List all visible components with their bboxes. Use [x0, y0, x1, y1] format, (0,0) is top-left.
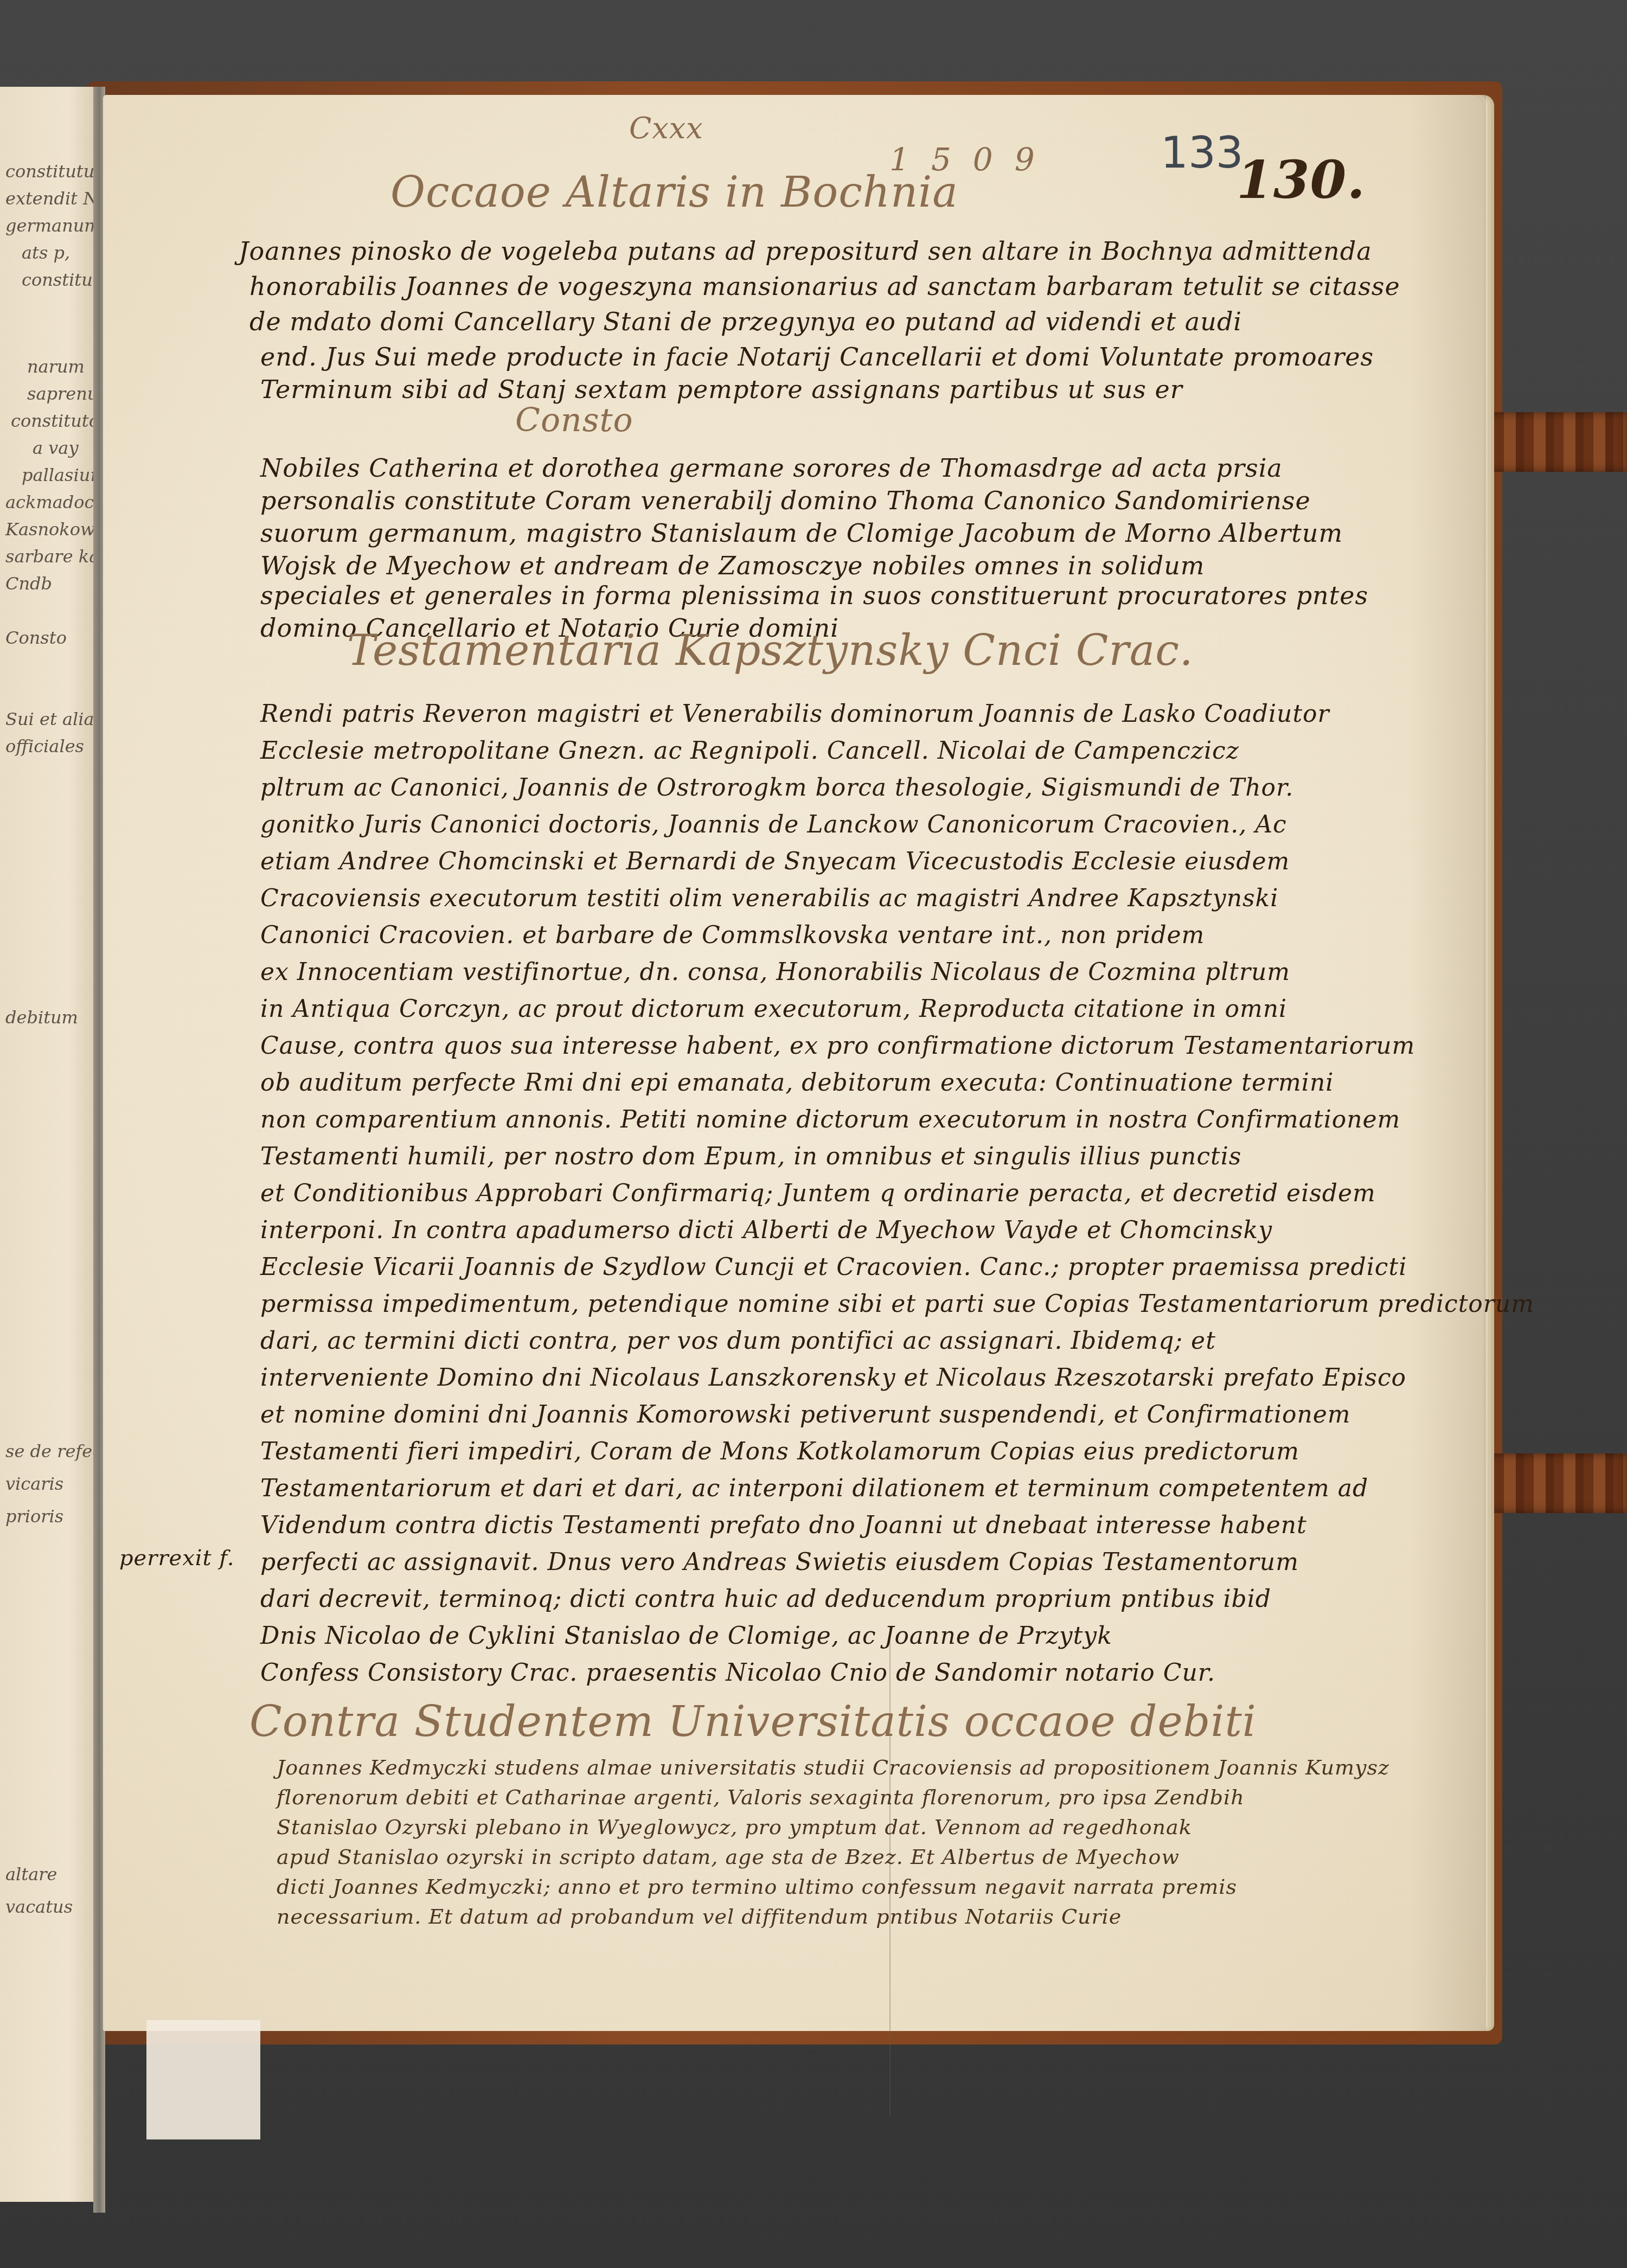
text-line: Cause, contra quos sua interesse habent,…: [260, 1034, 1415, 1058]
left-page-fragment: altare: [5, 1866, 57, 1883]
text-line: dicti Joannes Kedmyczki; anno et pro ter…: [277, 1876, 1237, 1897]
left-page-fragment: germanum: [5, 217, 98, 234]
text-line: Cracoviensis executorum testiti olim ven…: [260, 887, 1278, 911]
text-line: ex Innocentiam vestifinortue, dn. consa,…: [260, 960, 1290, 984]
text-line: Joannes Kedmyczki studens almae universi…: [277, 1757, 1389, 1778]
section-heading: Consto: [515, 401, 633, 439]
left-page-fragment: a vay: [33, 439, 78, 457]
left-page-fragment: narum: [27, 358, 85, 375]
left-page-fragment: vicaris: [5, 1475, 63, 1492]
text-line: speciales et generales in forma plenissi…: [260, 583, 1368, 608]
left-page-fragment: sarbare kapsztynska: [5, 548, 98, 565]
text-line: honorabilis Joannes de vogeszyna mansion…: [249, 274, 1400, 299]
text-line: suorum germanum, magistro Stanislaum de …: [260, 521, 1343, 546]
text-line: permissa impedimentum, petendique nomine…: [260, 1292, 1534, 1316]
text-line: Joannes pinosko de vogeleba putans ad pr…: [239, 239, 1372, 264]
left-page-fragment: saprenus: [27, 385, 98, 402]
left-page-fragment: extendit Nobilz.: [5, 190, 98, 207]
left-page-fragment: Cndb: [5, 575, 52, 592]
text-line: personalis constitute Coram venerabilj d…: [260, 488, 1311, 513]
top-note: Cxxx: [629, 111, 703, 145]
text-line: end. Jus Sui mede producte in facie Nota…: [260, 344, 1374, 369]
clasp-strap-upper: [1464, 412, 1627, 472]
section-heading: Occaoe Altaris in Bochnia: [390, 168, 958, 217]
left-page-fragment: se de refecte: [5, 1443, 98, 1460]
text-line: et Conditionibus Approbari Confirmariq; …: [260, 1182, 1376, 1206]
text-line: Canonici Cracovien. et barbare de Commsl…: [260, 924, 1205, 947]
text-line: perfecti ac assignavit. Dnus vero Andrea…: [260, 1551, 1299, 1574]
page-edge-shadow: [1410, 95, 1486, 2031]
section-heading: Contra Studentem Universitatis occaoe de…: [249, 1697, 1257, 1746]
text-line: apud Stanislao ozyrski in scripto datam,…: [277, 1847, 1180, 1867]
text-line: ob auditum perfecte Rmi dni epi emanata,…: [260, 1071, 1334, 1095]
left-page-fragment: ats p,: [22, 244, 70, 261]
left-page-fragment: Sui et alias: [5, 710, 98, 728]
text-line: gonitko Juris Canonici doctoris, Joannis…: [260, 813, 1287, 837]
text-line: Nobiles Catherina et dorothea germane so…: [260, 456, 1283, 480]
text-line: Stanislao Ozyrski plebano in Wyeglowycz,…: [277, 1817, 1192, 1837]
left-page-fragment: vacatus: [5, 1898, 73, 1915]
left-page-fragment: debitum: [5, 1009, 78, 1026]
clasp-strap-lower: [1464, 1453, 1627, 1513]
left-page-fragment: pallasium: [22, 466, 98, 484]
left-page: constitutus Cano extendit Nobilz. german…: [0, 87, 98, 2202]
text-line: Testamentariorum et dari et dari, ac int…: [260, 1477, 1368, 1501]
paper-repair-patch: [146, 2020, 260, 2139]
left-page-fragment: Consto: [5, 629, 67, 646]
text-line: Wojsk de Myechow et andream de Zamosczye…: [260, 553, 1205, 578]
left-page-fragment: constitutor: [11, 412, 98, 430]
text-line: dari decrevit, terminoq; dicti contra hu…: [260, 1587, 1271, 1611]
text-line: et nomine domini dni Joannis Komorowski …: [260, 1403, 1351, 1427]
text-line: Confess Consistory Crac. praesentis Nico…: [260, 1661, 1215, 1685]
section-heading: Testamentaria Kapsztynsky Cnci Crac.: [347, 626, 1194, 675]
folio-number-stamp: 133: [1161, 127, 1244, 178]
text-line: pltrum ac Canonici, Joannis de Ostrorogk…: [260, 776, 1293, 800]
text-line: etiam Andree Chomcinski et Bernardi de S…: [260, 850, 1290, 874]
left-page-fragment: constitutus Cano: [5, 163, 98, 180]
left-page-fragment: prioris: [5, 1508, 63, 1525]
text-line: Ecclesie metropolitane Gnezn. ac Regnipo…: [260, 739, 1239, 763]
left-page-fragment: constitui: [22, 271, 98, 289]
text-line: Ecclesie Vicarii Joannis de Szydlow Cunc…: [260, 1255, 1407, 1279]
text-line: non comparentium annonis. Petiti nomine …: [260, 1108, 1400, 1132]
text-line: interponi. In contra apadumerso dicti Al…: [260, 1219, 1272, 1242]
text-line: interveniente Domino dni Nicolaus Lanszk…: [260, 1366, 1406, 1390]
left-page-fragment: Kasnokow: [5, 521, 95, 538]
text-line: Videndum contra dictis Testamenti prefat…: [260, 1514, 1307, 1537]
folio-number-ink: 130.: [1237, 149, 1366, 210]
text-line: Testamenti humili, per nostro dom Epum, …: [260, 1145, 1241, 1169]
text-line: necessarium. Et datum ad probandum vel d…: [277, 1906, 1122, 1927]
text-line: dari, ac termini dicti contra, per vos d…: [260, 1329, 1216, 1353]
text-line: Terminum sibi ad Stanj sextam pemptore a…: [260, 377, 1183, 402]
text-line: de mdato domi Cancellary Stani de przegy…: [249, 309, 1242, 334]
left-page-fragment: officiales: [5, 738, 84, 755]
text-line: Dnis Nicolao de Cyklini Stanislao de Clo…: [260, 1624, 1112, 1648]
text-line: in Antiqua Corczyn, ac prout dictorum ex…: [260, 997, 1287, 1021]
margin-note-perrexit: perrexit f.: [119, 1546, 234, 1571]
text-line: Rendi patris Reveron magistri et Venerab…: [260, 702, 1330, 726]
left-page-fragment: ackmadoctor: [5, 494, 98, 511]
text-line: Testamenti fieri impediri, Coram de Mons…: [260, 1440, 1299, 1464]
text-line: florenorum debiti et Catharinae argenti,…: [277, 1787, 1245, 1808]
